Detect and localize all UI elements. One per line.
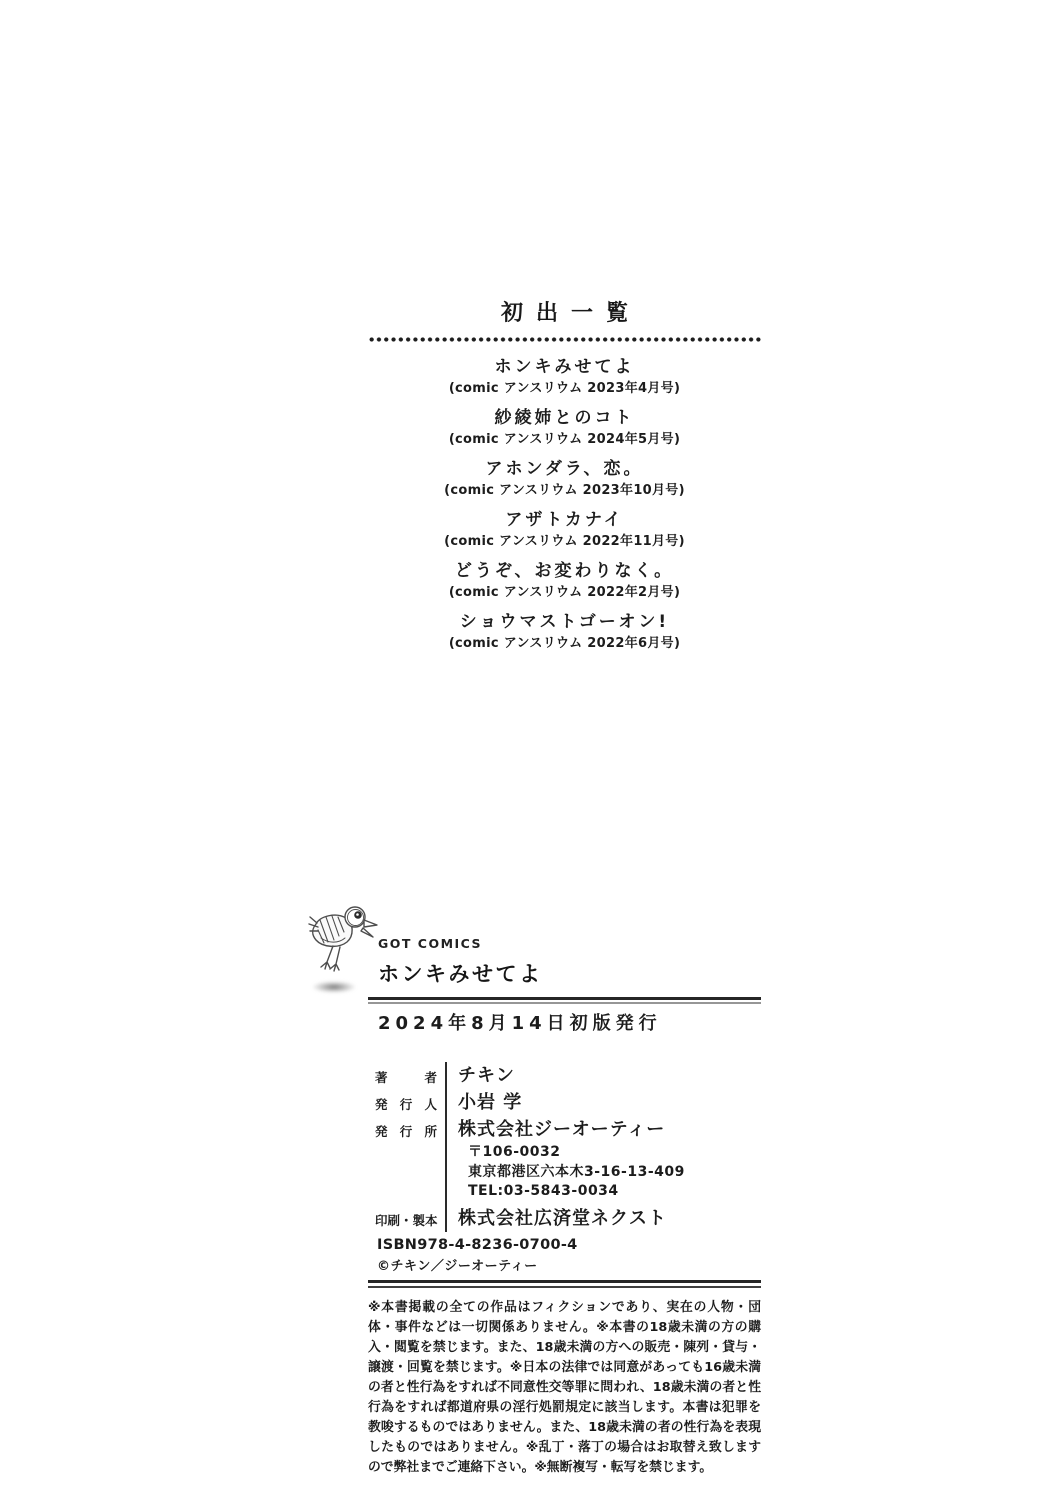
credit-value: チキン xyxy=(458,1062,761,1089)
entry-source: (comic アンスリウム 2022年11月号) xyxy=(368,533,761,551)
entry-source: (comic アンスリウム 2023年10月号) xyxy=(368,482,761,500)
entry-title: 紗綾姉とのコト xyxy=(368,407,761,430)
entry-source: (comic アンスリウム 2024年5月号) xyxy=(368,431,761,449)
credit-label: 発行人 xyxy=(375,1089,437,1116)
entry-title: どうぞ、お変わりなく。 xyxy=(368,560,761,583)
publication-entry: アザトカナイ (comic アンスリウム 2022年11月号) xyxy=(368,509,761,551)
address: 東京都港区六本木3-16-13-409 xyxy=(458,1163,761,1183)
credit-row-publishing-office: 発行所 株式会社ジーオーティー 〒106-0032 東京都港区六本木3-16-1… xyxy=(375,1116,761,1205)
disclaimer-text: ※本書掲載の全ての作品はフィクションであり、実在の人物・団体・事件などは一切関係… xyxy=(368,1298,761,1478)
entry-title: アザトカナイ xyxy=(368,509,761,532)
entry-title: ショウマストゴーオン! xyxy=(368,611,761,634)
credit-value: 株式会社広済堂ネクスト xyxy=(458,1205,761,1232)
publication-entry: ショウマストゴーオン! (comic アンスリウム 2022年6月号) xyxy=(368,611,761,653)
dotted-divider xyxy=(368,337,761,342)
credit-value-cell: 株式会社広済堂ネクスト xyxy=(445,1205,761,1232)
telephone: TEL:03-5843-0034 xyxy=(458,1182,761,1202)
credit-value: 小岩 学 xyxy=(458,1089,761,1116)
credit-row-publisher-person: 発行人 小岩 学 xyxy=(375,1089,761,1116)
first-publication-section: 初出一覧 ホンキみせてよ (comic アンスリウム 2023年4月号) 紗綾姉… xyxy=(368,296,761,662)
publication-entry: ホンキみせてよ (comic アンスリウム 2023年4月号) xyxy=(368,356,761,398)
publication-entry: 紗綾姉とのコト (comic アンスリウム 2024年5月号) xyxy=(368,407,761,449)
first-publication-entries: ホンキみせてよ (comic アンスリウム 2023年4月号) 紗綾姉とのコト … xyxy=(368,356,761,653)
credits-table: 著者 チキン 発行人 小岩 学 発行所 株式会社ジーオーティー 〒106-003… xyxy=(375,1062,761,1232)
postal-code: 〒106-0032 xyxy=(458,1143,761,1163)
bird-shadow xyxy=(312,981,356,993)
isbn-number: ISBN978-4-8236-0700-4 xyxy=(368,1237,761,1253)
first-publication-heading: 初出一覧 xyxy=(368,296,761,327)
colophon-section: GOT COMICS ホンキみせてよ 2024年8月14日初版発行 著者 チキン… xyxy=(368,936,761,1478)
entry-source: (comic アンスリウム 2022年6月号) xyxy=(368,635,761,653)
copyright-line: ©チキン／ジーオーティー xyxy=(368,1255,761,1274)
credit-label: 発行所 xyxy=(375,1116,437,1205)
title-rule xyxy=(368,997,761,1004)
credit-label: 著者 xyxy=(375,1062,437,1089)
credit-value-cell: チキン xyxy=(445,1062,761,1089)
double-rule xyxy=(368,1280,761,1288)
entry-title: ホンキみせてよ xyxy=(368,356,761,379)
credit-label: 印刷・製本 xyxy=(375,1205,437,1232)
credit-row-printing: 印刷・製本 株式会社広済堂ネクスト xyxy=(375,1205,761,1232)
credit-value-cell: 小岩 学 xyxy=(445,1089,761,1116)
brand-label: GOT COMICS xyxy=(368,936,761,951)
book-title: ホンキみせてよ xyxy=(368,958,761,988)
publication-entry: アホンダラ、恋。 (comic アンスリウム 2023年10月号) xyxy=(368,458,761,500)
credit-row-author: 著者 チキン xyxy=(375,1062,761,1089)
edition-date: 2024年8月14日初版発行 xyxy=(368,1009,761,1035)
entry-title: アホンダラ、恋。 xyxy=(368,458,761,481)
colophon-page: 初出一覧 ホンキみせてよ (comic アンスリウム 2023年4月号) 紗綾姉… xyxy=(0,0,1057,1500)
publication-entry: どうぞ、お変わりなく。 (comic アンスリウム 2022年2月号) xyxy=(368,560,761,602)
credit-value-cell: 株式会社ジーオーティー 〒106-0032 東京都港区六本木3-16-13-40… xyxy=(445,1116,761,1205)
credit-value: 株式会社ジーオーティー xyxy=(458,1116,761,1143)
entry-source: (comic アンスリウム 2022年2月号) xyxy=(368,584,761,602)
entry-source: (comic アンスリウム 2023年4月号) xyxy=(368,380,761,398)
